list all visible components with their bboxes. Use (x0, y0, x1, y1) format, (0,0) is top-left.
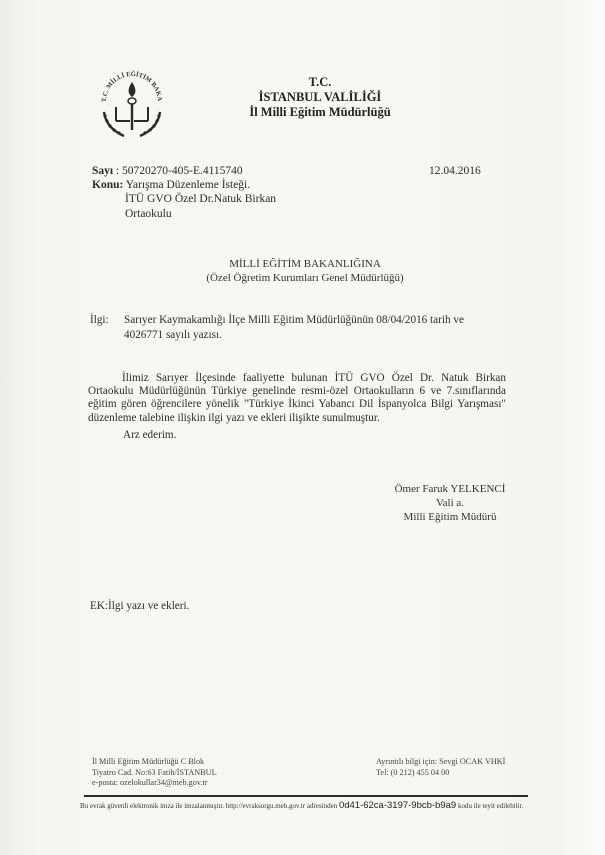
sayi-value: : 50720270-405-E.4115740 (116, 165, 243, 177)
footer-contact-person: Ayrıntılı bilgi için: Sevgi OCAK VHKİ (376, 757, 505, 768)
body-paragraph: İlimiz Sarıyer İlçesinde faaliyette bulu… (88, 372, 506, 425)
document-date: 12.04.2016 (429, 165, 481, 177)
header-governorship: İSTANBUL VALİLİĞİ (230, 90, 410, 105)
body-line-2: Ortaokulu Müdürlüğünün Türkiye genelinde… (88, 385, 506, 398)
signer-title-1: Vali a. (380, 496, 520, 510)
attachments-note: EK:İlgi yazı ve ekleri. (90, 600, 189, 612)
header-tc: T.C. (230, 75, 410, 90)
closing-text: Arz ederim. (123, 429, 176, 441)
addressee-line-2: (Özel Öğretim Kurumları Genel Müdürlüğü) (190, 272, 420, 284)
document-page: T.C. MİLLİ EĞİTİM BAKANLIĞI T.C. İSTANBU… (0, 0, 605, 855)
header-directorate: İl Milli Eğitim Müdürlüğü (230, 105, 410, 120)
footer-contact: Ayrıntılı bilgi için: Sevgi OCAK VHKİ Te… (376, 757, 505, 778)
verification-suffix: kodu ile teyit edilebilir. (458, 802, 523, 810)
footer-phone: Tel: (0 212) 455 04 00 (376, 768, 505, 779)
konu-line-1: Yarışma Düzenleme İsteği. (126, 179, 250, 191)
verification-prefix: Bu evrak güvenli elektronik imza ile imz… (80, 802, 337, 810)
footer-divider (84, 795, 528, 797)
sayi-row: Sayı : 50720270-405-E.4115740 (92, 165, 243, 177)
konu-line-3: Ortaokulu (125, 208, 172, 220)
signature-block: Ömer Faruk YELKENCİ Vali a. Milli Eğitim… (380, 482, 520, 524)
svg-text:T.C. MİLLİ EĞİTİM BAKANLIĞI: T.C. MİLLİ EĞİTİM BAKANLIĞI (96, 62, 163, 102)
ilgi-line-2: 4026771 sayılı yazısı. (124, 329, 222, 341)
konu-line-2: İTÜ GVO Özel Dr.Natuk Birkan (125, 193, 276, 205)
footer-email: e-posta: ozelokullar34@meb.gov.tr (92, 778, 217, 789)
ilgi-label: İlgi: (90, 314, 109, 326)
verification-note: Bu evrak güvenli elektronik imza ile imz… (80, 800, 523, 811)
footer-address-line-2: Tiyatro Cad. No:63 Fatih/İSTANBUL (92, 768, 217, 779)
logo-text: T.C. MİLLİ EĞİTİM BAKANLIĞI (96, 62, 163, 102)
sayi-label: Sayı (92, 165, 113, 177)
footer-address-line-1: İl Milli Eğitim Müdürlüğü C Blok (92, 757, 217, 768)
body-line-3: eğitim gören öğrencilere yönelik "Türkiy… (88, 398, 506, 411)
konu-label: Konu: (92, 179, 123, 191)
signer-title-2: Milli Eğitim Müdürü (380, 510, 520, 524)
verification-code: 0d41-62ca-3197-9bcb-b9a9 (339, 800, 456, 811)
body-line-1: İlimiz Sarıyer İlçesinde faaliyette bulu… (88, 372, 506, 385)
body-line-4: düzenleme talebine ilişkin ilgi yazı ve … (88, 412, 506, 425)
addressee-line-1: MİLLİ EĞİTİM BAKANLIĞINA (190, 258, 420, 270)
signer-name: Ömer Faruk YELKENCİ (380, 482, 520, 496)
meb-emblem-icon: T.C. MİLLİ EĞİTİM BAKANLIĞI (96, 62, 168, 144)
ilgi-line-1: Sarıyer Kaymakamlığı İlçe Milli Eğitim M… (124, 314, 464, 326)
konu-row: Konu: Yarışma Düzenleme İsteği. (92, 179, 250, 191)
footer-address: İl Milli Eğitim Müdürlüğü C Blok Tiyatro… (92, 757, 217, 789)
